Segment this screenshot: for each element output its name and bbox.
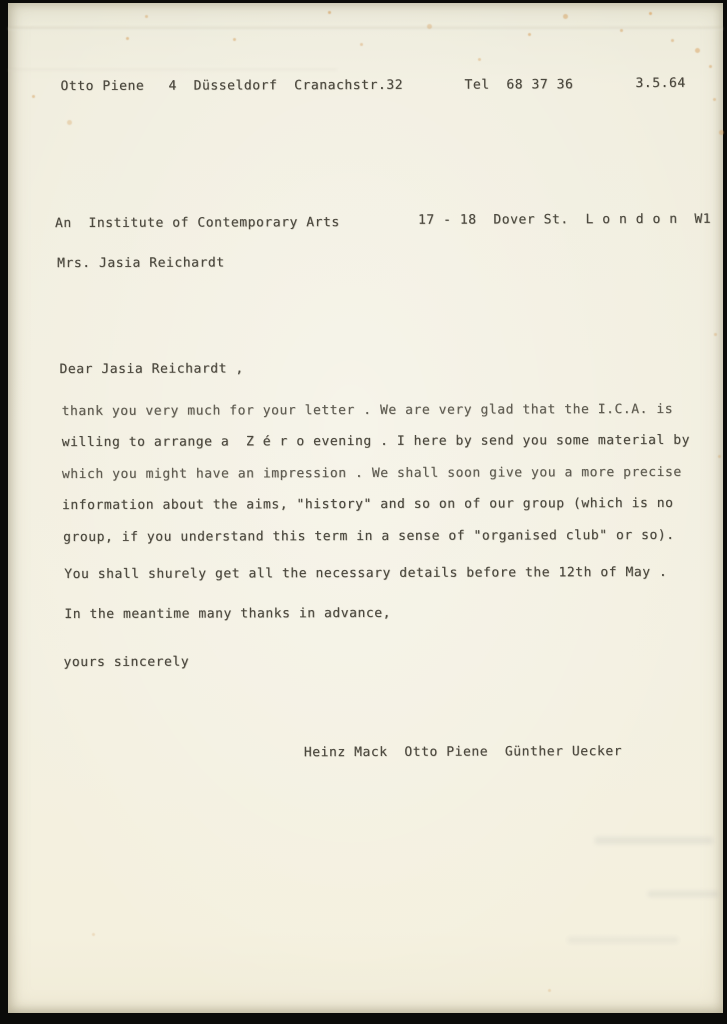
scanned-letter: Otto Piene 4 Düsseldorf Cranachstr.32 Te…	[0, 0, 727, 1024]
recipient-contact: Mrs. Jasia Reichardt	[57, 255, 225, 272]
body-line-4: information about the aims, "history" an…	[62, 496, 674, 514]
signature-line: Heinz Mack Otto Piene Günther Uecker	[304, 744, 622, 761]
body-line-3: which you might have an impression . We …	[62, 465, 682, 483]
typed-text-layer: Otto Piene 4 Düsseldorf Cranachstr.32 Te…	[0, 0, 727, 1024]
recipient-institution: An Institute of Contemporary Arts	[55, 215, 340, 232]
body-paragraph-2: You shall shurely get all the necessary …	[64, 565, 667, 583]
sender-telephone: Tel 68 37 36	[464, 77, 573, 93]
body-line-5: group, if you understand this term in a …	[63, 528, 675, 546]
sender-address: 4 Düsseldorf Cranachstr.32	[168, 78, 403, 95]
recipient-address: 17 - 18 Dover St. L o n d o n W1	[418, 212, 711, 229]
letter-date: 3.5.64	[635, 76, 685, 92]
body-line-1: thank you very much for your letter . We…	[62, 402, 674, 420]
sender-name: Otto Piene	[60, 79, 144, 95]
body-line-2: willing to arrange a Z é r o evening . I…	[62, 433, 690, 451]
body-paragraph-3: In the meantime many thanks in advance,	[64, 606, 391, 623]
salutation: Dear Jasia Reichardt ,	[59, 361, 243, 378]
closing: yours sincerely	[63, 655, 189, 671]
